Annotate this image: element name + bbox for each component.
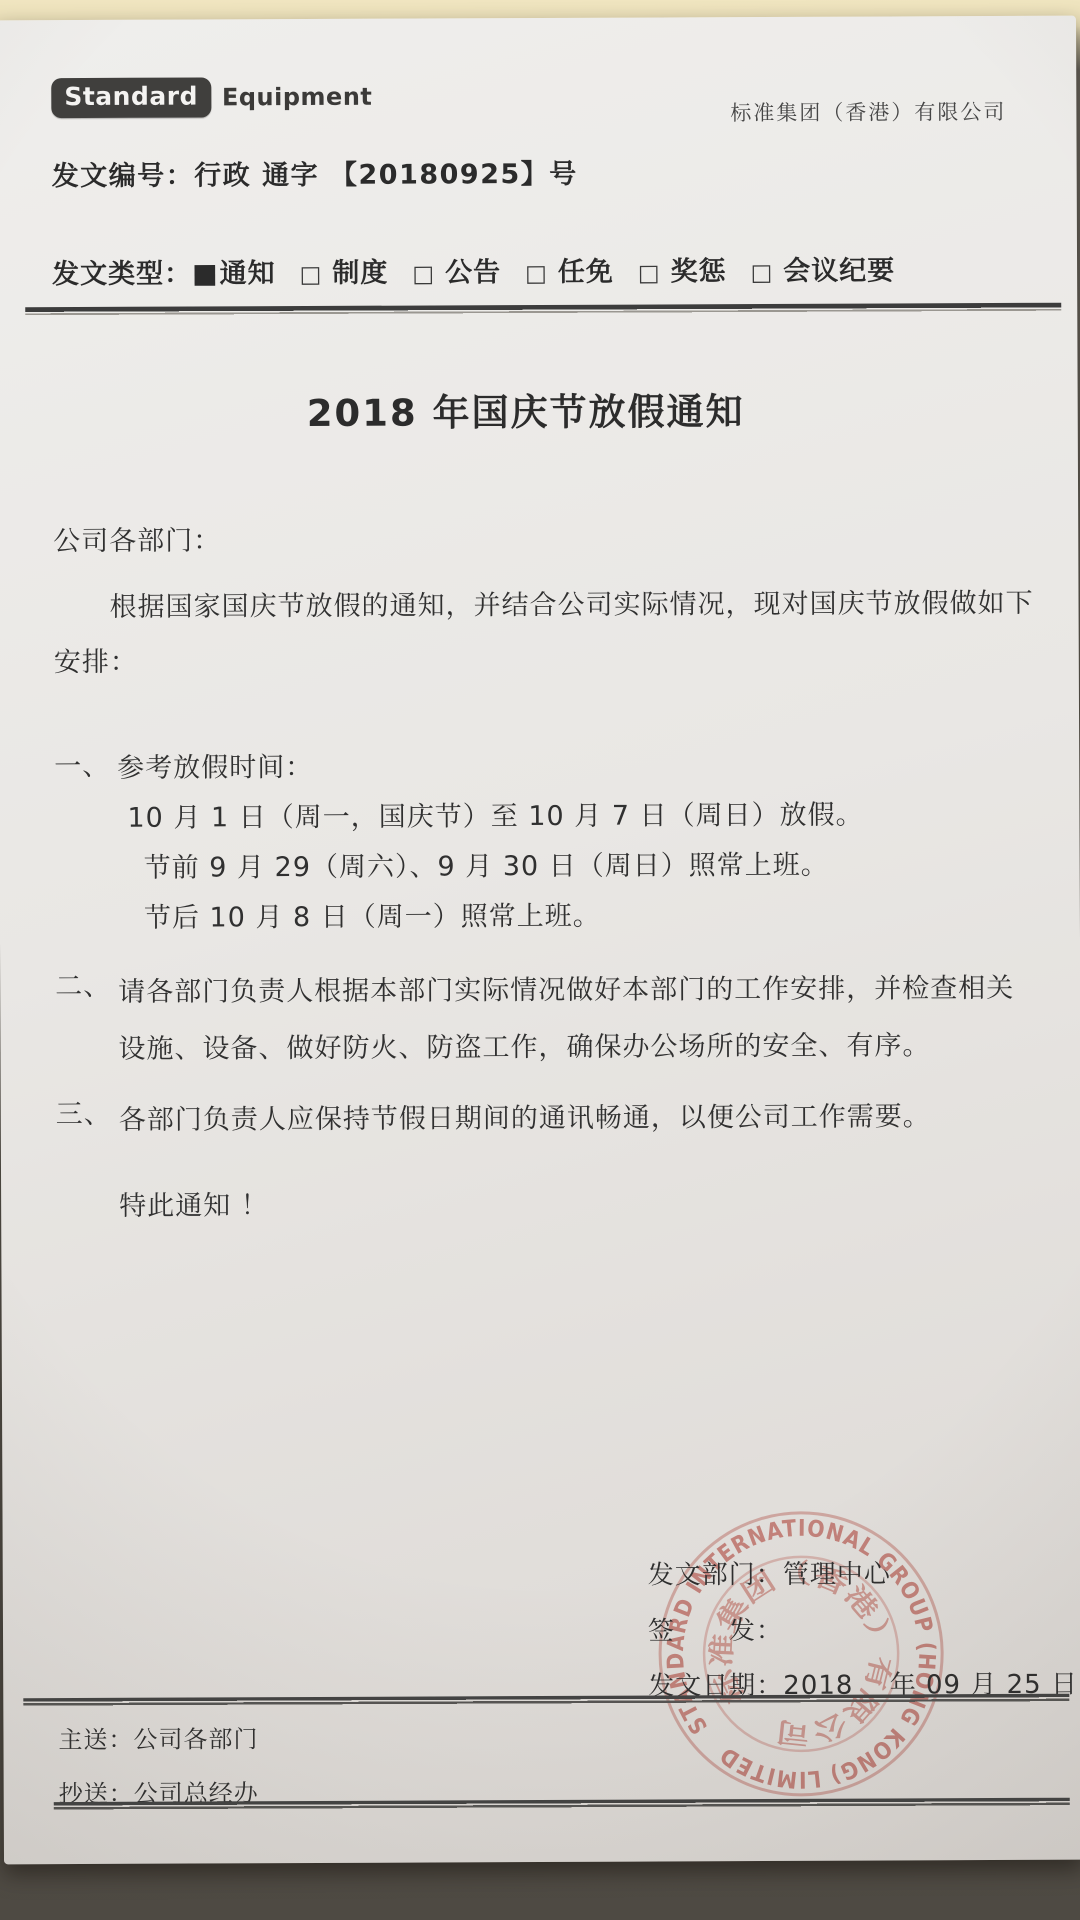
- signature-dept-value: 管理中心: [783, 1559, 891, 1589]
- intro-paragraph: 根据国家国庆节放假的通知，并结合公司实际情况，现对国庆节放假做如下安排：: [53, 576, 1036, 690]
- doc-type-option: □公告: [412, 257, 501, 288]
- checkbox-checked-icon: ■: [192, 258, 219, 289]
- doc-type-option: □奖惩: [638, 256, 727, 287]
- section-line: 请各部门负责人根据本部门实际情况做好本部门的工作安排，并检查相关: [118, 960, 1044, 1021]
- intro-line: 根据国家国庆节放假的通知，并结合公司实际情况，现对国庆节放假做如下: [53, 576, 1036, 635]
- section-line: 参考放假时间：: [117, 740, 1043, 794]
- doc-number-label: 发文编号：: [52, 161, 195, 193]
- sections: 一、参考放假时间：10 月 1 日（周一，国庆节）至 10 月 7 日（周日）放…: [0, 16, 1076, 21]
- document-paper: Standard Equipment 标准集团（香港）有限公司 发文编号：行政 …: [0, 16, 1080, 1865]
- doc-type-option: □制度: [300, 258, 389, 289]
- logo-standard-badge: Standard: [51, 77, 211, 118]
- doc-type-option-label: 会议纪要: [783, 255, 895, 286]
- section-line: 节后 10 月 8 日（周一）照常上班。: [144, 890, 1044, 944]
- footer-to-label: 主送：: [58, 1726, 133, 1754]
- section-line: 各部门负责人应保持节假日期间的通讯畅通，以便公司工作需要。: [119, 1088, 1045, 1149]
- footer-to-value: 公司各部门: [133, 1725, 258, 1754]
- stamp-outer-text: STANDARD INTERNATIONAL GROUP (HONG KONG)…: [636, 1488, 967, 1819]
- doc-type-line: 发文类型：■通知□制度□公告□任免□奖惩□会议纪要: [52, 248, 919, 291]
- section-line: 设施、设备、做好防火、防盗工作，确保办公场所的安全、有序。: [118, 1017, 1044, 1078]
- doc-type-option-label: 奖惩: [670, 256, 726, 287]
- signature-sign-label: 签 发：: [648, 1616, 783, 1647]
- company-name: 标准集团（香港）有限公司: [730, 96, 1006, 127]
- header-divider: [25, 303, 1061, 317]
- doc-number-value: 行政 通字 【20180925】号: [194, 159, 578, 192]
- section-marker: 三、: [56, 1092, 112, 1131]
- section: 一、参考放假时间：10 月 1 日（周一，国庆节）至 10 月 7 日（周日）放…: [54, 740, 1044, 944]
- company-logo: Standard Equipment: [51, 77, 372, 118]
- doc-type-label: 发文类型：: [52, 259, 192, 291]
- svg-text:STANDARD INTERNATIONAL GROUP (: STANDARD INTERNATIONAL GROUP (HONG KONG)…: [636, 1488, 967, 1819]
- page-title: 2018 年国庆节放假通知: [0, 380, 1054, 439]
- section-marker: 一、: [54, 744, 110, 783]
- salutation: 公司各部门：: [53, 518, 221, 558]
- checkbox-empty-icon: □: [525, 261, 548, 287]
- signature-sign: 签 发：: [648, 1610, 783, 1648]
- section-line: 10 月 1 日（周一，国庆节）至 10 月 7 日（周日）放假。: [127, 790, 1043, 844]
- doc-type-options: ■通知□制度□公告□任免□奖惩□会议纪要: [192, 255, 919, 289]
- section-marker: 二、: [55, 964, 111, 1003]
- intro-line: 安排：: [54, 631, 1037, 690]
- doc-type-option: ■通知: [192, 258, 276, 289]
- doc-number-line: 发文编号：行政 通字 【20180925】号: [52, 152, 578, 193]
- doc-type-option-label: 制度: [332, 258, 388, 289]
- signature-dept: 发文部门：管理中心: [648, 1553, 891, 1591]
- company-stamp: STANDARD INTERNATIONAL GROUP (HONG KONG)…: [636, 1488, 967, 1819]
- logo-equipment-text: Equipment: [222, 83, 373, 112]
- doc-type-option-label: 任免: [558, 257, 614, 288]
- section-line: 节前 9 月 29（周六）、9 月 30 日（周日）照常上班。: [144, 840, 1044, 894]
- footer-to: 主送：公司各部门: [58, 1719, 258, 1755]
- checkbox-empty-icon: □: [300, 262, 323, 288]
- signature-dept-label: 发文部门：: [648, 1560, 783, 1591]
- doc-type-option: □会议纪要: [750, 255, 895, 287]
- doc-type-option-label: 公告: [445, 257, 501, 288]
- doc-type-option-label: 通知: [220, 258, 276, 289]
- section: 二、请各部门负责人根据本部门实际情况做好本部门的工作安排，并检查相关设施、设备、…: [55, 960, 1044, 1078]
- closing-line: 特此通知 ！: [119, 1183, 269, 1223]
- checkbox-empty-icon: □: [412, 261, 435, 287]
- doc-type-option: □任免: [525, 257, 614, 288]
- section: 三、各部门负责人应保持节假日期间的通讯畅通，以便公司工作需要。: [56, 1088, 1045, 1149]
- checkbox-empty-icon: □: [638, 260, 661, 286]
- checkbox-empty-icon: □: [750, 260, 773, 286]
